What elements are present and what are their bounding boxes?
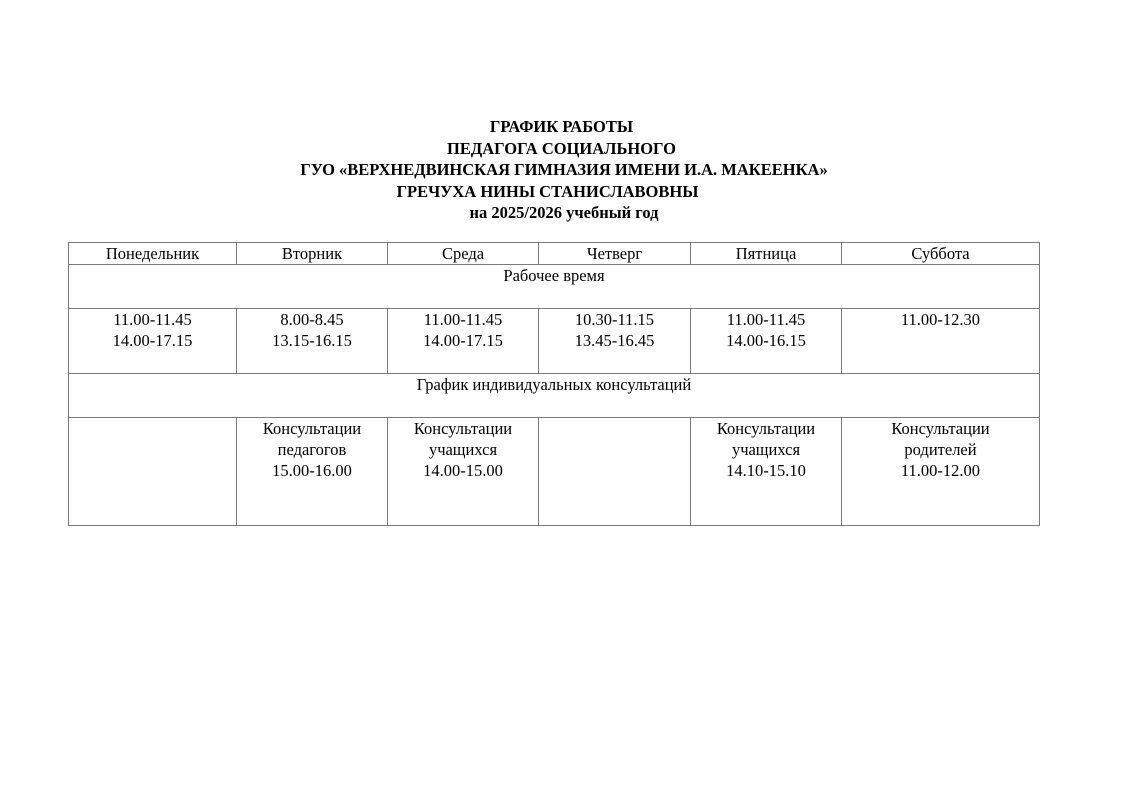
day-header: Понедельник (69, 243, 237, 265)
consultation-cell: Консультациипедагогов15.00-16.00 (237, 418, 388, 526)
heading-institution: ГУО «ВЕРХНЕДВИНСКАЯ ГИМНАЗИЯ ИМЕНИ И.А. … (5, 159, 1123, 181)
consultation-cell: Консультацииродителей11.00-12.00 (842, 418, 1040, 526)
day-header: Пятница (691, 243, 842, 265)
consultations-title: График индивидуальных консультаций (69, 374, 1040, 418)
day-header: Среда (388, 243, 539, 265)
cell-text: 13.15-16.15 (241, 330, 383, 351)
cell-text: Консультации (846, 418, 1035, 439)
cell-text: 13.45-16.45 (543, 330, 686, 351)
day-header: Четверг (539, 243, 691, 265)
heading-position: ПЕДАГОГА СОЦИАЛЬНОГО (0, 138, 1123, 160)
cell-text: 11.00-11.45 (392, 309, 534, 330)
working-time-cell: 11.00-11.4514.00-16.15 (691, 309, 842, 374)
working-time-cell: 11.00-12.30 (842, 309, 1040, 374)
working-time-cell: 11.00-11.4514.00-17.15 (388, 309, 539, 374)
consultation-cell: Консультацииучащихся14.00-15.00 (388, 418, 539, 526)
cell-text: 11.00-12.30 (846, 309, 1035, 330)
consultations-section-row: График индивидуальных консультаций (69, 374, 1040, 418)
day-header: Суббота (842, 243, 1040, 265)
working-time-section-row: Рабочее время (69, 265, 1040, 309)
working-time-row: 11.00-11.4514.00-17.158.00-8.4513.15-16.… (69, 309, 1040, 374)
cell-text: 11.00-11.45 (73, 309, 232, 330)
cell-text: 14.00-15.00 (392, 460, 534, 481)
working-time-cell: 11.00-11.4514.00-17.15 (69, 309, 237, 374)
cell-text: 11.00-11.45 (695, 309, 837, 330)
day-header: Вторник (237, 243, 388, 265)
cell-text: 14.10-15.10 (695, 460, 837, 481)
heading-title: ГРАФИК РАБОТЫ (0, 116, 1123, 138)
cell-text: Консультации (695, 418, 837, 439)
document-heading: ГРАФИК РАБОТЫ ПЕДАГОГА СОЦИАЛЬНОГО ГУО «… (0, 116, 1123, 224)
cell-text: 14.00-16.15 (695, 330, 837, 351)
cell-text: учащихся (695, 439, 837, 460)
consultation-cell (69, 418, 237, 526)
cell-text: 14.00-17.15 (392, 330, 534, 351)
cell-text: 15.00-16.00 (241, 460, 383, 481)
days-header-row: Понедельник Вторник Среда Четверг Пятниц… (69, 243, 1040, 265)
consultation-cell (539, 418, 691, 526)
consultations-row: Консультациипедагогов15.00-16.00Консульт… (69, 418, 1040, 526)
cell-text: Консультации (241, 418, 383, 439)
working-time-cell: 10.30-11.1513.45-16.45 (539, 309, 691, 374)
cell-text: педагогов (241, 439, 383, 460)
working-time-title: Рабочее время (69, 265, 1040, 309)
cell-text: 10.30-11.15 (543, 309, 686, 330)
cell-text: 11.00-12.00 (846, 460, 1035, 481)
schedule-table: Понедельник Вторник Среда Четверг Пятниц… (68, 242, 1040, 526)
cell-text: 14.00-17.15 (73, 330, 232, 351)
cell-text: учащихся (392, 439, 534, 460)
heading-school-year: на 2025/2026 учебный год (5, 202, 1123, 224)
consultation-cell: Консультацииучащихся14.10-15.10 (691, 418, 842, 526)
heading-person-name: ГРЕЧУХА НИНЫ СТАНИСЛАВОВНЫ (0, 181, 1123, 203)
cell-text: родителей (846, 439, 1035, 460)
cell-text: Консультации (392, 418, 534, 439)
working-time-cell: 8.00-8.4513.15-16.15 (237, 309, 388, 374)
cell-text: 8.00-8.45 (241, 309, 383, 330)
